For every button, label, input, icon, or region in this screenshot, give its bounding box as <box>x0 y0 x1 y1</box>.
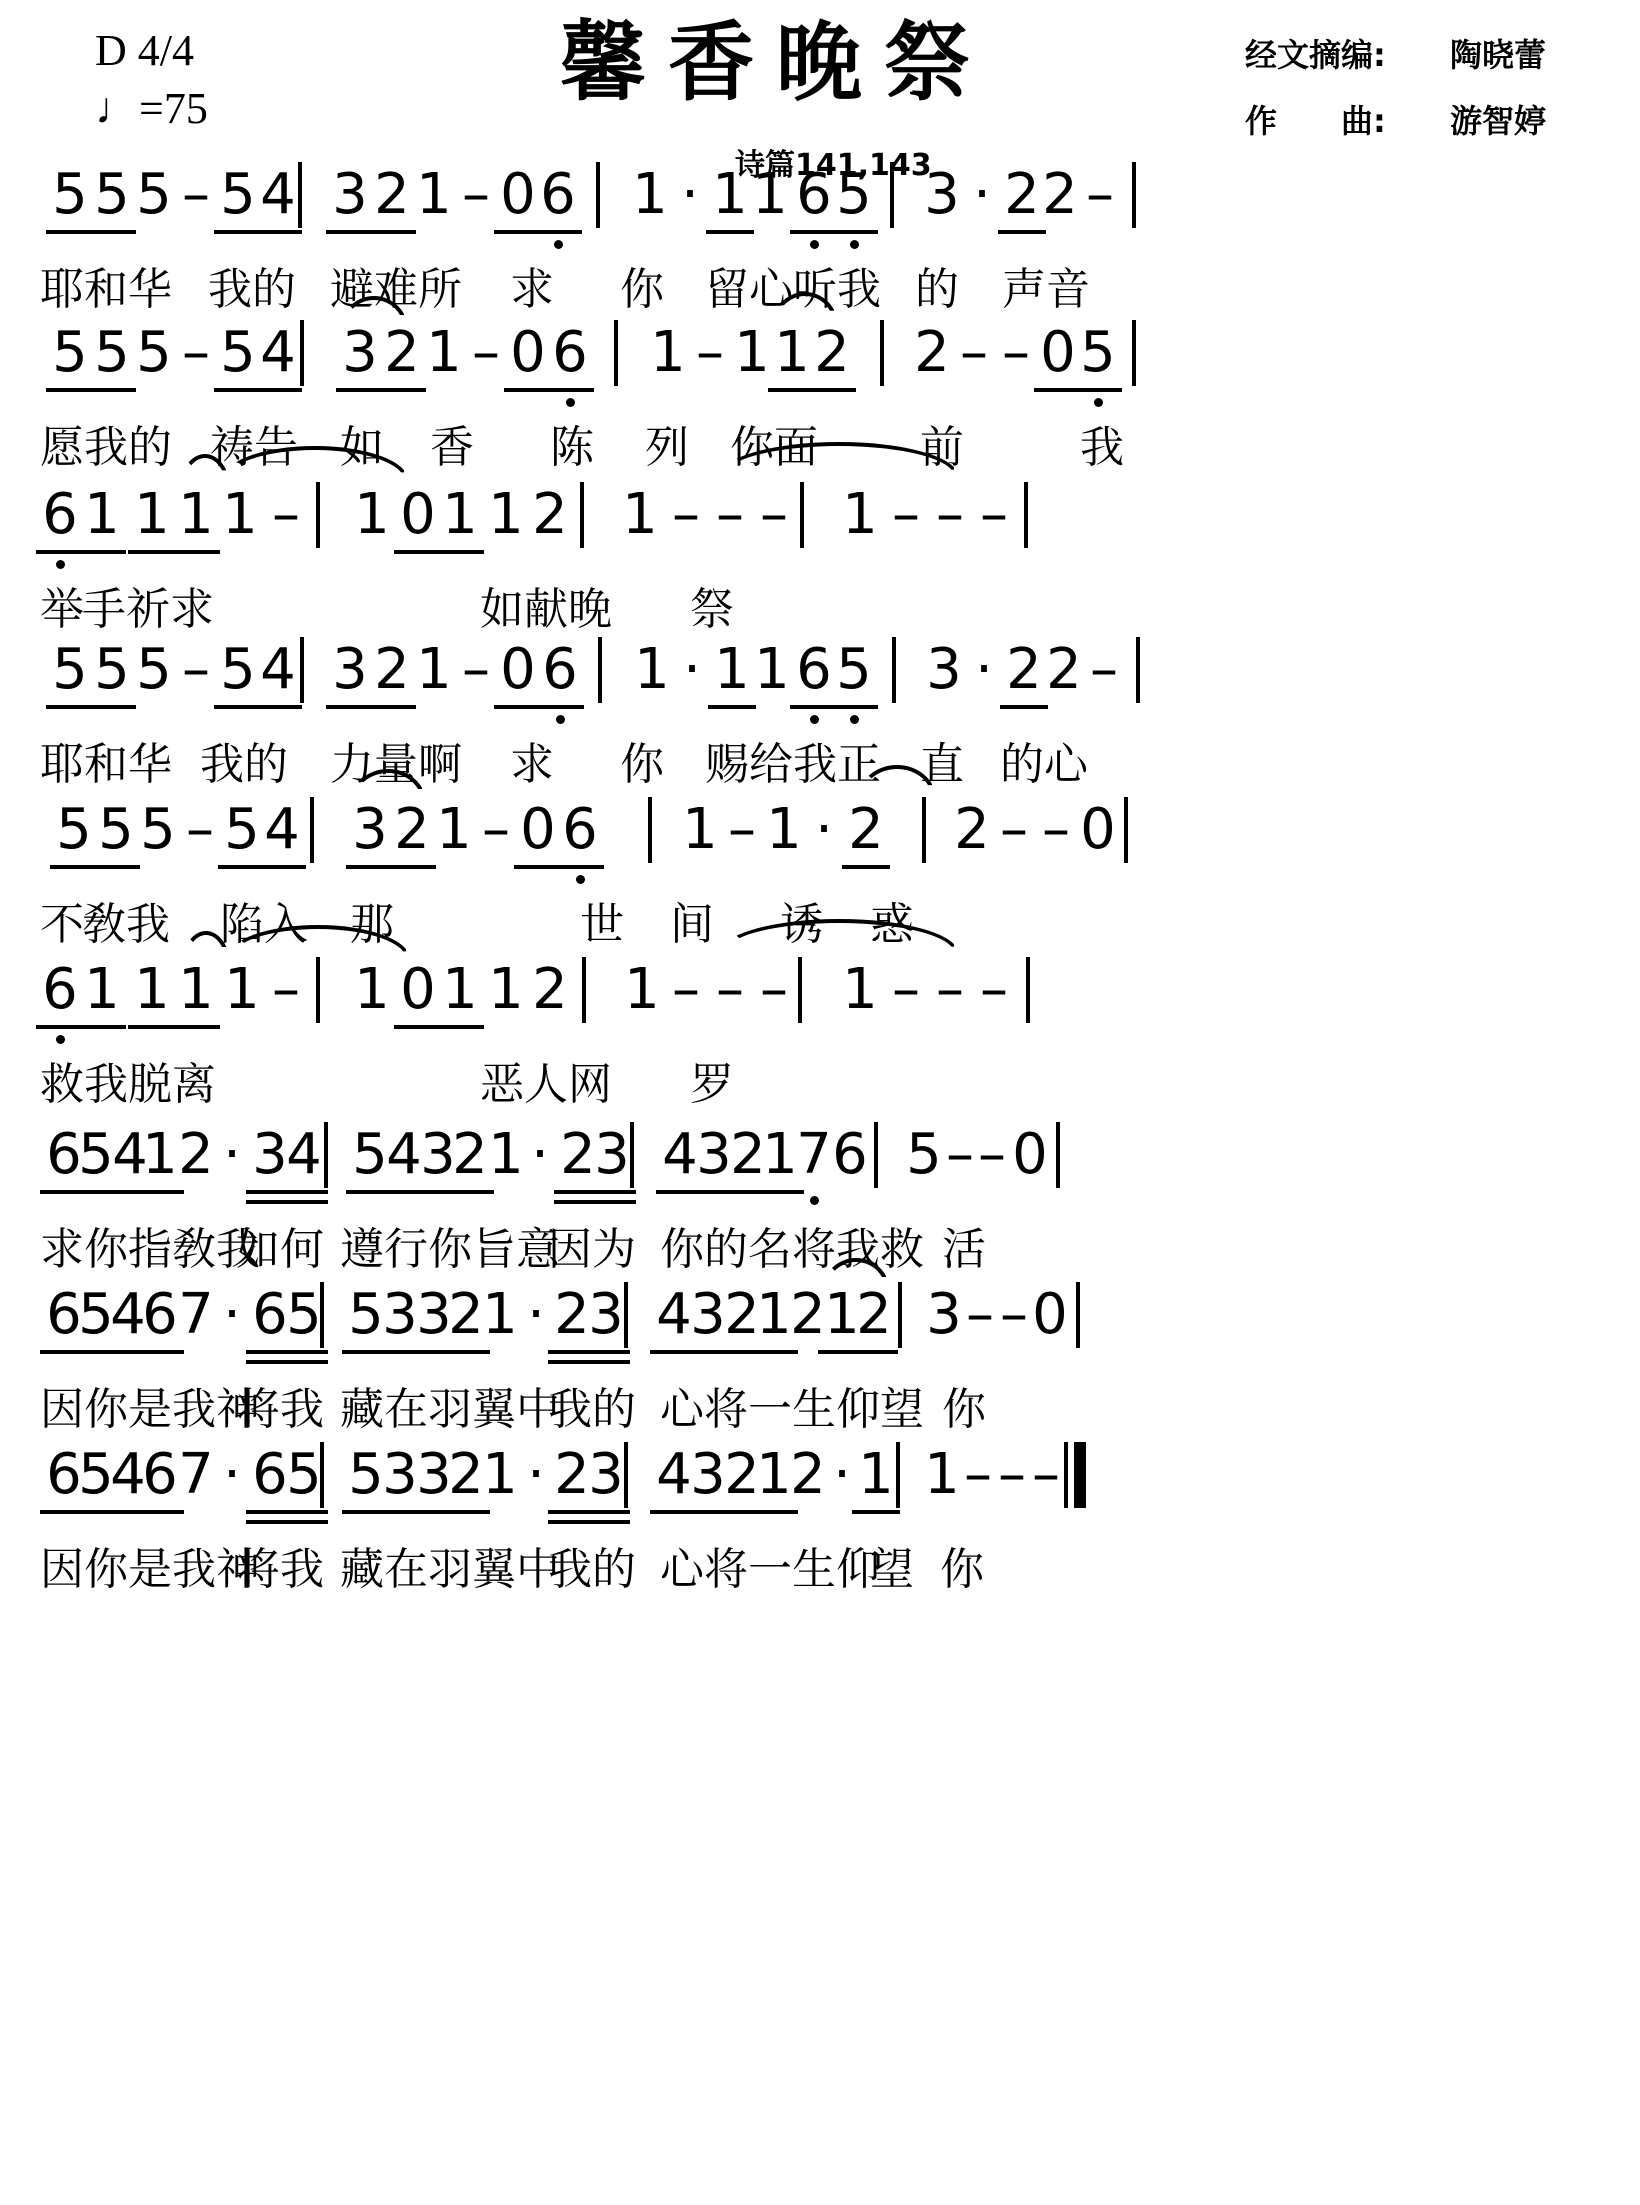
note: · <box>516 1440 556 1510</box>
lyric-word: 望 <box>870 1540 914 1600</box>
lyric-word: 脱 <box>128 1055 172 1115</box>
note-digit: 1 <box>842 957 878 1022</box>
note-digit: 3 <box>926 637 962 702</box>
note-digit: – <box>182 162 210 227</box>
note: 5 <box>50 635 90 705</box>
underline-eighth <box>254 230 302 234</box>
note: 2 <box>372 160 412 230</box>
note: – <box>666 480 706 550</box>
notes-line: 555–54321–061·11653·22– <box>0 635 1640 745</box>
underline-sixteenth <box>582 1520 630 1524</box>
lyric-word: 我 <box>126 895 170 955</box>
note: 1 <box>82 480 122 550</box>
underline-eighth <box>280 1190 328 1194</box>
note-digit: 1 <box>756 1442 792 1507</box>
underline-eighth <box>172 550 220 554</box>
note-digit: 1 <box>142 1122 178 1187</box>
note: 2 <box>176 1120 216 1190</box>
note: 2 <box>530 480 570 550</box>
note-digit: 5 <box>286 1442 322 1507</box>
lyric-word: 耶和华 <box>40 260 172 320</box>
note: 1 <box>632 635 672 705</box>
note-digit: 1 <box>482 1282 518 1347</box>
note-digit: 1 <box>134 482 170 547</box>
note-digit: 7 <box>796 1122 832 1187</box>
underline-eighth <box>808 388 856 392</box>
note-digit: – <box>1002 320 1030 385</box>
note: 5 <box>134 160 174 230</box>
lyric-word: 列 <box>645 418 689 478</box>
note-digit: 6 <box>252 1442 288 1507</box>
note: 1 <box>856 1440 896 1510</box>
note: 0 <box>508 318 548 388</box>
note: 1 <box>132 480 172 550</box>
low-octave-dot <box>810 1196 819 1205</box>
note-digit: 4 <box>264 797 300 862</box>
barline <box>624 1442 628 1508</box>
note-digit: 2 <box>790 1282 826 1347</box>
note-digit: – <box>1086 162 1114 227</box>
note: 1 <box>480 1280 520 1350</box>
underline-eighth <box>92 865 140 869</box>
note-digit: 1 <box>650 320 686 385</box>
lyric-word: 我的 <box>548 1380 636 1440</box>
note: 4 <box>258 160 298 230</box>
note: 1 <box>764 795 804 865</box>
barline <box>648 797 652 863</box>
note: 7 <box>176 1440 216 1510</box>
note: 1 <box>414 635 454 705</box>
note-digit: 1 <box>766 797 802 862</box>
barline <box>624 1282 628 1348</box>
lyric-word: 敎 <box>82 895 126 955</box>
note-digit: 0 <box>400 957 436 1022</box>
lyric-word: 世 <box>580 895 624 955</box>
note-digit: 5 <box>906 1122 942 1187</box>
lyric-word: 求 <box>510 260 554 320</box>
note: 5 <box>134 635 174 705</box>
lyric-word: 祭 <box>690 580 734 640</box>
note-digit: 5 <box>836 162 872 227</box>
barline <box>874 1122 878 1188</box>
lyric-word: 你 <box>942 1380 986 1440</box>
note: 5 <box>284 1280 324 1350</box>
lyric-word: 求 <box>510 735 554 795</box>
note: 1 <box>680 795 720 865</box>
underline-eighth <box>582 1510 630 1514</box>
note: – <box>176 160 216 230</box>
note: – <box>974 480 1014 550</box>
note: 1 <box>132 955 172 1025</box>
note-digit: 1 <box>488 1122 524 1187</box>
note-digit: 1 <box>858 1442 894 1507</box>
note: – <box>754 480 794 550</box>
note-digit: 3 <box>924 162 960 227</box>
barline <box>1132 320 1136 386</box>
underline-sixteenth <box>280 1360 328 1364</box>
underline-eighth <box>136 1350 184 1354</box>
underline-eighth <box>446 1190 494 1194</box>
note-digit: 1 <box>354 482 390 547</box>
note: 3 <box>350 795 390 865</box>
note: – <box>710 955 750 1025</box>
lyric-word: 求 <box>170 580 214 640</box>
note-digit: 3 <box>926 1282 962 1347</box>
low-octave-dot <box>810 240 819 249</box>
note-digit: 3 <box>690 1282 726 1347</box>
lyric-word: 如何 <box>236 1220 324 1280</box>
underline-eighth <box>128 550 176 554</box>
note-digit: 2 <box>532 957 568 1022</box>
note-digit: 1 <box>624 957 660 1022</box>
note-digit: · <box>223 1442 241 1507</box>
note-digit: 5 <box>56 797 92 862</box>
note-digit: – <box>760 957 788 1022</box>
note-digit: – <box>672 482 700 547</box>
note-digit: 2 <box>914 320 950 385</box>
note-digit: 0 <box>1040 320 1076 385</box>
note: 0 <box>1038 318 1078 388</box>
lyric-word: 的心 <box>1000 735 1088 795</box>
note-digit: 4 <box>260 637 296 702</box>
note-digit: 0 <box>500 637 536 702</box>
note: 0 <box>1030 1280 1070 1350</box>
note: 1 <box>176 955 216 1025</box>
note-digit: 2 <box>452 1122 488 1187</box>
note: 2 <box>1040 160 1080 230</box>
note: 2 <box>392 795 432 865</box>
lyric-word: 藏在羽翼中 <box>340 1540 560 1600</box>
note: 0 <box>498 635 538 705</box>
note-digit: · <box>975 637 993 702</box>
tempo-value: =75 <box>139 84 208 133</box>
underline-eighth <box>368 230 416 234</box>
note-digit: – <box>272 482 300 547</box>
barline <box>1024 482 1028 548</box>
note: 3 <box>922 160 962 230</box>
barline <box>324 1122 328 1188</box>
note: – <box>1080 160 1120 230</box>
barline <box>598 637 602 703</box>
note-digit: 0 <box>510 320 546 385</box>
note-digit: 7 <box>178 1282 214 1347</box>
note: – <box>972 1120 1012 1190</box>
underline-eighth <box>494 705 542 709</box>
note-digit: 5 <box>140 797 176 862</box>
note-digit: 4 <box>656 1442 692 1507</box>
note-digit: – <box>978 1122 1006 1187</box>
barline <box>1064 1442 1068 1508</box>
lyric-word: 如献晚 <box>480 580 612 640</box>
underline-eighth <box>514 865 562 869</box>
note: · <box>670 160 710 230</box>
note: 5 <box>50 160 90 230</box>
credit-label: 作 曲: <box>1245 88 1450 154</box>
credit-lyrics: 经文摘编: 陶晓蕾 <box>1245 22 1546 88</box>
note-digit: 3 <box>252 1122 288 1187</box>
note-digit: 5 <box>286 1282 322 1347</box>
note-digit: 4 <box>260 162 296 227</box>
note: 5 <box>218 160 258 230</box>
note: – <box>886 480 926 550</box>
note: 0 <box>398 480 438 550</box>
note-digit: · <box>223 1282 241 1347</box>
barline <box>310 797 314 863</box>
key-time-signature: D 4/4 <box>95 22 208 80</box>
lyric-word: 你的名将我救 <box>660 1220 924 1280</box>
note: 1 <box>712 635 752 705</box>
lyric-word: 举 <box>40 580 84 640</box>
note: · <box>212 1280 252 1350</box>
barline <box>1026 957 1030 1023</box>
note: – <box>930 955 970 1025</box>
note-digit: 1 <box>682 797 718 862</box>
note: 2 <box>1002 160 1042 230</box>
note: · <box>520 1120 560 1190</box>
note-digit: 5 <box>836 637 872 702</box>
note: 1 <box>648 318 688 388</box>
note-digit: · <box>527 1282 545 1347</box>
note-digit: 2 <box>1046 637 1082 702</box>
underline-eighth <box>442 1350 490 1354</box>
note-digit: – <box>272 957 300 1022</box>
note: – <box>666 955 706 1025</box>
note: 3 <box>924 1280 964 1350</box>
underline-eighth <box>582 1350 630 1354</box>
underline-eighth <box>442 1510 490 1514</box>
barline <box>320 1442 324 1508</box>
lyric-word: 离 <box>172 1055 216 1115</box>
note-digit: 1 <box>482 1442 518 1507</box>
note-digit: 0 <box>1012 1122 1048 1187</box>
low-octave-dot <box>1094 398 1103 407</box>
underline-eighth <box>136 1510 184 1514</box>
note: · <box>516 1280 556 1350</box>
note: 1 <box>840 480 880 550</box>
note-digit: 5 <box>94 637 130 702</box>
note-digit: 2 <box>554 1282 590 1347</box>
notes-line: 65412·3454321·234321765––0 <box>0 1120 1640 1230</box>
note-digit: 6 <box>540 162 576 227</box>
note-digit: – <box>980 482 1008 547</box>
note: 6 <box>140 1280 180 1350</box>
underline-eighth <box>850 1350 898 1354</box>
lyric-word: 因你是我神 <box>40 1380 260 1440</box>
note: 6 <box>540 635 580 705</box>
underline-eighth <box>50 865 98 869</box>
note: 6 <box>40 955 80 1025</box>
note-digit: – <box>672 957 700 1022</box>
note-digit: 3 <box>352 797 388 862</box>
note-digit: 1 <box>714 637 750 702</box>
note-digit: 1 <box>134 957 170 1022</box>
low-octave-dot <box>56 1035 65 1044</box>
note: 1 <box>82 955 122 1025</box>
note: – <box>930 480 970 550</box>
note-digit: 1 <box>442 482 478 547</box>
note-digit: 1 <box>734 320 770 385</box>
lyric-word: 愿我的 <box>40 418 172 478</box>
underline-eighth <box>254 388 302 392</box>
barline <box>798 957 802 1023</box>
underline-sixteenth <box>588 1200 636 1204</box>
underline-eighth <box>842 865 890 869</box>
underline-eighth <box>172 1025 220 1029</box>
note: 5 <box>284 1440 324 1510</box>
note-digit: 6 <box>542 637 578 702</box>
barline <box>614 320 618 386</box>
note: 1 <box>480 1440 520 1510</box>
low-octave-dot <box>556 715 565 724</box>
barline <box>1136 637 1140 703</box>
note: 5 <box>92 318 132 388</box>
underline-eighth <box>1000 705 1048 709</box>
note: 1 <box>620 480 660 550</box>
note-digit: 5 <box>94 162 130 227</box>
note-digit: 2 <box>448 1442 484 1507</box>
note: 1 <box>486 955 526 1025</box>
underline-eighth <box>436 1025 484 1029</box>
lyric-word: 心将一生仰 <box>660 1540 880 1600</box>
underline-eighth <box>378 388 426 392</box>
song-title: 馨香晚祭 <box>560 8 992 118</box>
barline <box>892 637 896 703</box>
barline <box>1076 1282 1080 1348</box>
underline-eighth <box>346 865 394 869</box>
notes-line: 61111–101121–––1––– <box>0 480 1640 590</box>
note: – <box>754 955 794 1025</box>
note: 2 <box>530 955 570 1025</box>
note: – <box>456 635 496 705</box>
note: 6 <box>830 1120 870 1190</box>
note: 5 <box>222 795 262 865</box>
note: 5 <box>834 635 874 705</box>
barline <box>316 957 320 1023</box>
note: 3 <box>586 1280 626 1350</box>
notes-line: 555–54321–061–1122––05 <box>0 318 1640 428</box>
note-digit: – <box>462 162 490 227</box>
lyric-word: 我的 <box>200 735 288 795</box>
note: 4 <box>284 1120 324 1190</box>
note: – <box>476 795 516 865</box>
underline-eighth <box>536 705 584 709</box>
note-digit: 1 <box>842 482 878 547</box>
note-digit: 5 <box>220 162 256 227</box>
final-barline <box>1074 1442 1086 1508</box>
note: – <box>1026 1440 1066 1510</box>
note-digit: · <box>223 1122 241 1187</box>
note: 5 <box>1078 318 1118 388</box>
barline <box>898 1282 902 1348</box>
note-digit: 2 <box>790 1442 826 1507</box>
barline <box>1132 162 1136 228</box>
note: 2 <box>912 318 952 388</box>
lyric-word: 藏在羽翼中 <box>340 1380 560 1440</box>
lyric-word: 心将一生仰望 <box>660 1380 924 1440</box>
note-digit: 3 <box>594 1122 630 1187</box>
note: – <box>994 1280 1034 1350</box>
note-digit: 2 <box>448 1282 484 1347</box>
note: 7 <box>794 1120 834 1190</box>
lyric-word: 我 <box>1080 418 1124 478</box>
note: – <box>994 795 1034 865</box>
note-digit: · <box>681 162 699 227</box>
note: – <box>974 955 1014 1025</box>
note-digit: 3 <box>588 1442 624 1507</box>
note-digit: 5 <box>136 637 172 702</box>
note: 5 <box>834 160 874 230</box>
lyric-word: 的 <box>915 260 959 320</box>
note: · <box>672 635 712 705</box>
note: 7 <box>176 1280 216 1350</box>
note: 1 <box>140 1120 180 1190</box>
lyric-word: 祈 <box>126 580 170 640</box>
note: 2 <box>450 1120 490 1190</box>
credit-label: 经文摘编: <box>1245 22 1450 88</box>
note-digit: 4 <box>286 1122 322 1187</box>
note-digit: – <box>482 797 510 862</box>
underline-eighth <box>436 550 484 554</box>
note-digit: 3 <box>382 1282 418 1347</box>
note: · <box>964 635 1004 705</box>
note-digit: 5 <box>98 797 134 862</box>
note-digit: – <box>946 1122 974 1187</box>
lyric-word: 因你是我神 <box>40 1540 260 1600</box>
note-digit: 6 <box>552 320 588 385</box>
note-digit: 1 <box>634 637 670 702</box>
note-digit: 2 <box>178 1122 214 1187</box>
note: 1 <box>440 955 480 1025</box>
note-digit: 1 <box>84 957 120 1022</box>
barline <box>896 1442 900 1508</box>
underline-eighth <box>830 230 878 234</box>
note-digit: 5 <box>78 1122 114 1187</box>
note-digit: 5 <box>220 637 256 702</box>
lyric-word: 手 <box>82 580 126 640</box>
lyric-word: 我的 <box>548 1540 636 1600</box>
note: – <box>1084 635 1124 705</box>
note-digit: – <box>1000 797 1028 862</box>
note: 1 <box>352 955 392 1025</box>
note-digit: 2 <box>374 162 410 227</box>
note-digit: 0 <box>400 482 436 547</box>
note: 0 <box>1010 1120 1050 1190</box>
lyric-word: 耶和华 <box>40 735 172 795</box>
note-digit: 1 <box>924 1442 960 1507</box>
note-digit: 6 <box>42 482 78 547</box>
note-digit: · <box>973 162 991 227</box>
underline-eighth <box>368 705 416 709</box>
underline-eighth <box>280 1350 328 1354</box>
note-digit: 5 <box>348 1442 384 1507</box>
note-digit: · <box>815 797 833 862</box>
note-digit: 1 <box>224 957 260 1022</box>
underline-eighth <box>394 1025 442 1029</box>
note: 5 <box>50 318 90 388</box>
note: 2 <box>812 318 852 388</box>
note: – <box>266 480 306 550</box>
note-digit: – <box>1000 1282 1028 1347</box>
notes-line: 61111–101121–––1––– <box>0 955 1640 1065</box>
note-digit: 5 <box>52 320 88 385</box>
note-digit: 1 <box>222 482 258 547</box>
underline-eighth <box>326 230 374 234</box>
note: – <box>176 635 216 705</box>
note: 4 <box>262 795 302 865</box>
lyric-word: 声音 <box>1002 260 1090 320</box>
underline-eighth <box>326 705 374 709</box>
note-digit: 6 <box>562 797 598 862</box>
